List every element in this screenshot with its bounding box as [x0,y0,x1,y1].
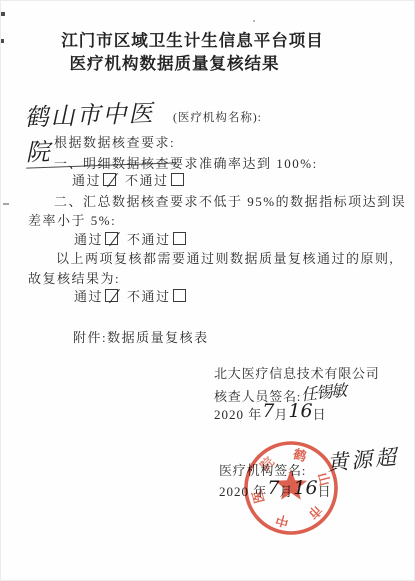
attachment-line: 附件:数据质量复核表 [73,327,209,346]
fail-checkbox-empty [173,289,186,302]
check-row-detail: 通过不通过 [72,170,184,189]
pass-checkbox-checked [105,232,118,245]
item2-line1: 二、汇总数据核查要求不低于 95%的数据指标项达到误 [54,191,406,210]
seal-char: 鹤 [291,446,309,464]
seal-char: 中 [274,512,290,530]
date-day-handwritten: 16 [288,400,312,422]
document-title-line2: 医疗机构数据质量复核结果 [0,50,382,74]
seal-char: 医 [249,489,267,505]
fail-label: 不通过 [127,289,171,304]
check-row-final: 通过不通过 [74,286,186,305]
fail-checkbox-empty [171,173,184,186]
date-month-unit: 月 [274,407,288,422]
pass-checkbox-checked [105,289,118,302]
reviewer-company: 北大医疗信息技术有限公司 [214,363,380,382]
date-month-handwritten: 7 [262,400,274,422]
pass-checkbox-checked [103,173,116,186]
checkmark-icon [107,173,118,187]
scanned-document-page: 江门市区域卫生计生信息平台项目 医疗机构数据质量复核结果 鹤山市中医院 (医疗机… [0,0,415,581]
org-name-label: (医疗机构名称): [173,109,262,125]
intro-line: 根据数据核查要求: [54,132,175,151]
scan-artifact [3,203,9,205]
scan-artifact [1,12,5,16]
institution-signature-wrap: 黄源超 [327,444,399,474]
fail-label: 不通过 [127,232,171,247]
seal-star-icon [275,469,307,500]
pass-label: 通过 [72,173,101,188]
date-day-unit: 日 [313,407,327,422]
checkmark-icon [109,232,120,246]
pass-label: 通过 [74,232,103,247]
check-row-summary: 通过不通过 [74,229,186,248]
checkmark-icon [109,289,120,303]
conclusion-line1: 以上两项复核都需要通过则数据质量复核通过的原则, [56,248,394,267]
fail-checkbox-empty [173,232,186,245]
conclusion-line2: 故复核结果为: [28,268,120,287]
item2-line2: 差率小于 5%: [28,210,116,229]
document-title-line1: 江门市区域卫生计生信息平台项目 [0,27,400,51]
pass-label: 通过 [74,289,103,304]
scan-artifact [253,20,255,22]
date-year: 2020 年 [214,407,262,422]
reviewer-date-row: 2020 年7月16日 [214,402,327,424]
institution-signature-handwritten: 黄源超 [326,441,400,477]
org-name-field: 鹤山市中医院 [25,95,175,125]
fail-label: 不通过 [125,173,169,188]
